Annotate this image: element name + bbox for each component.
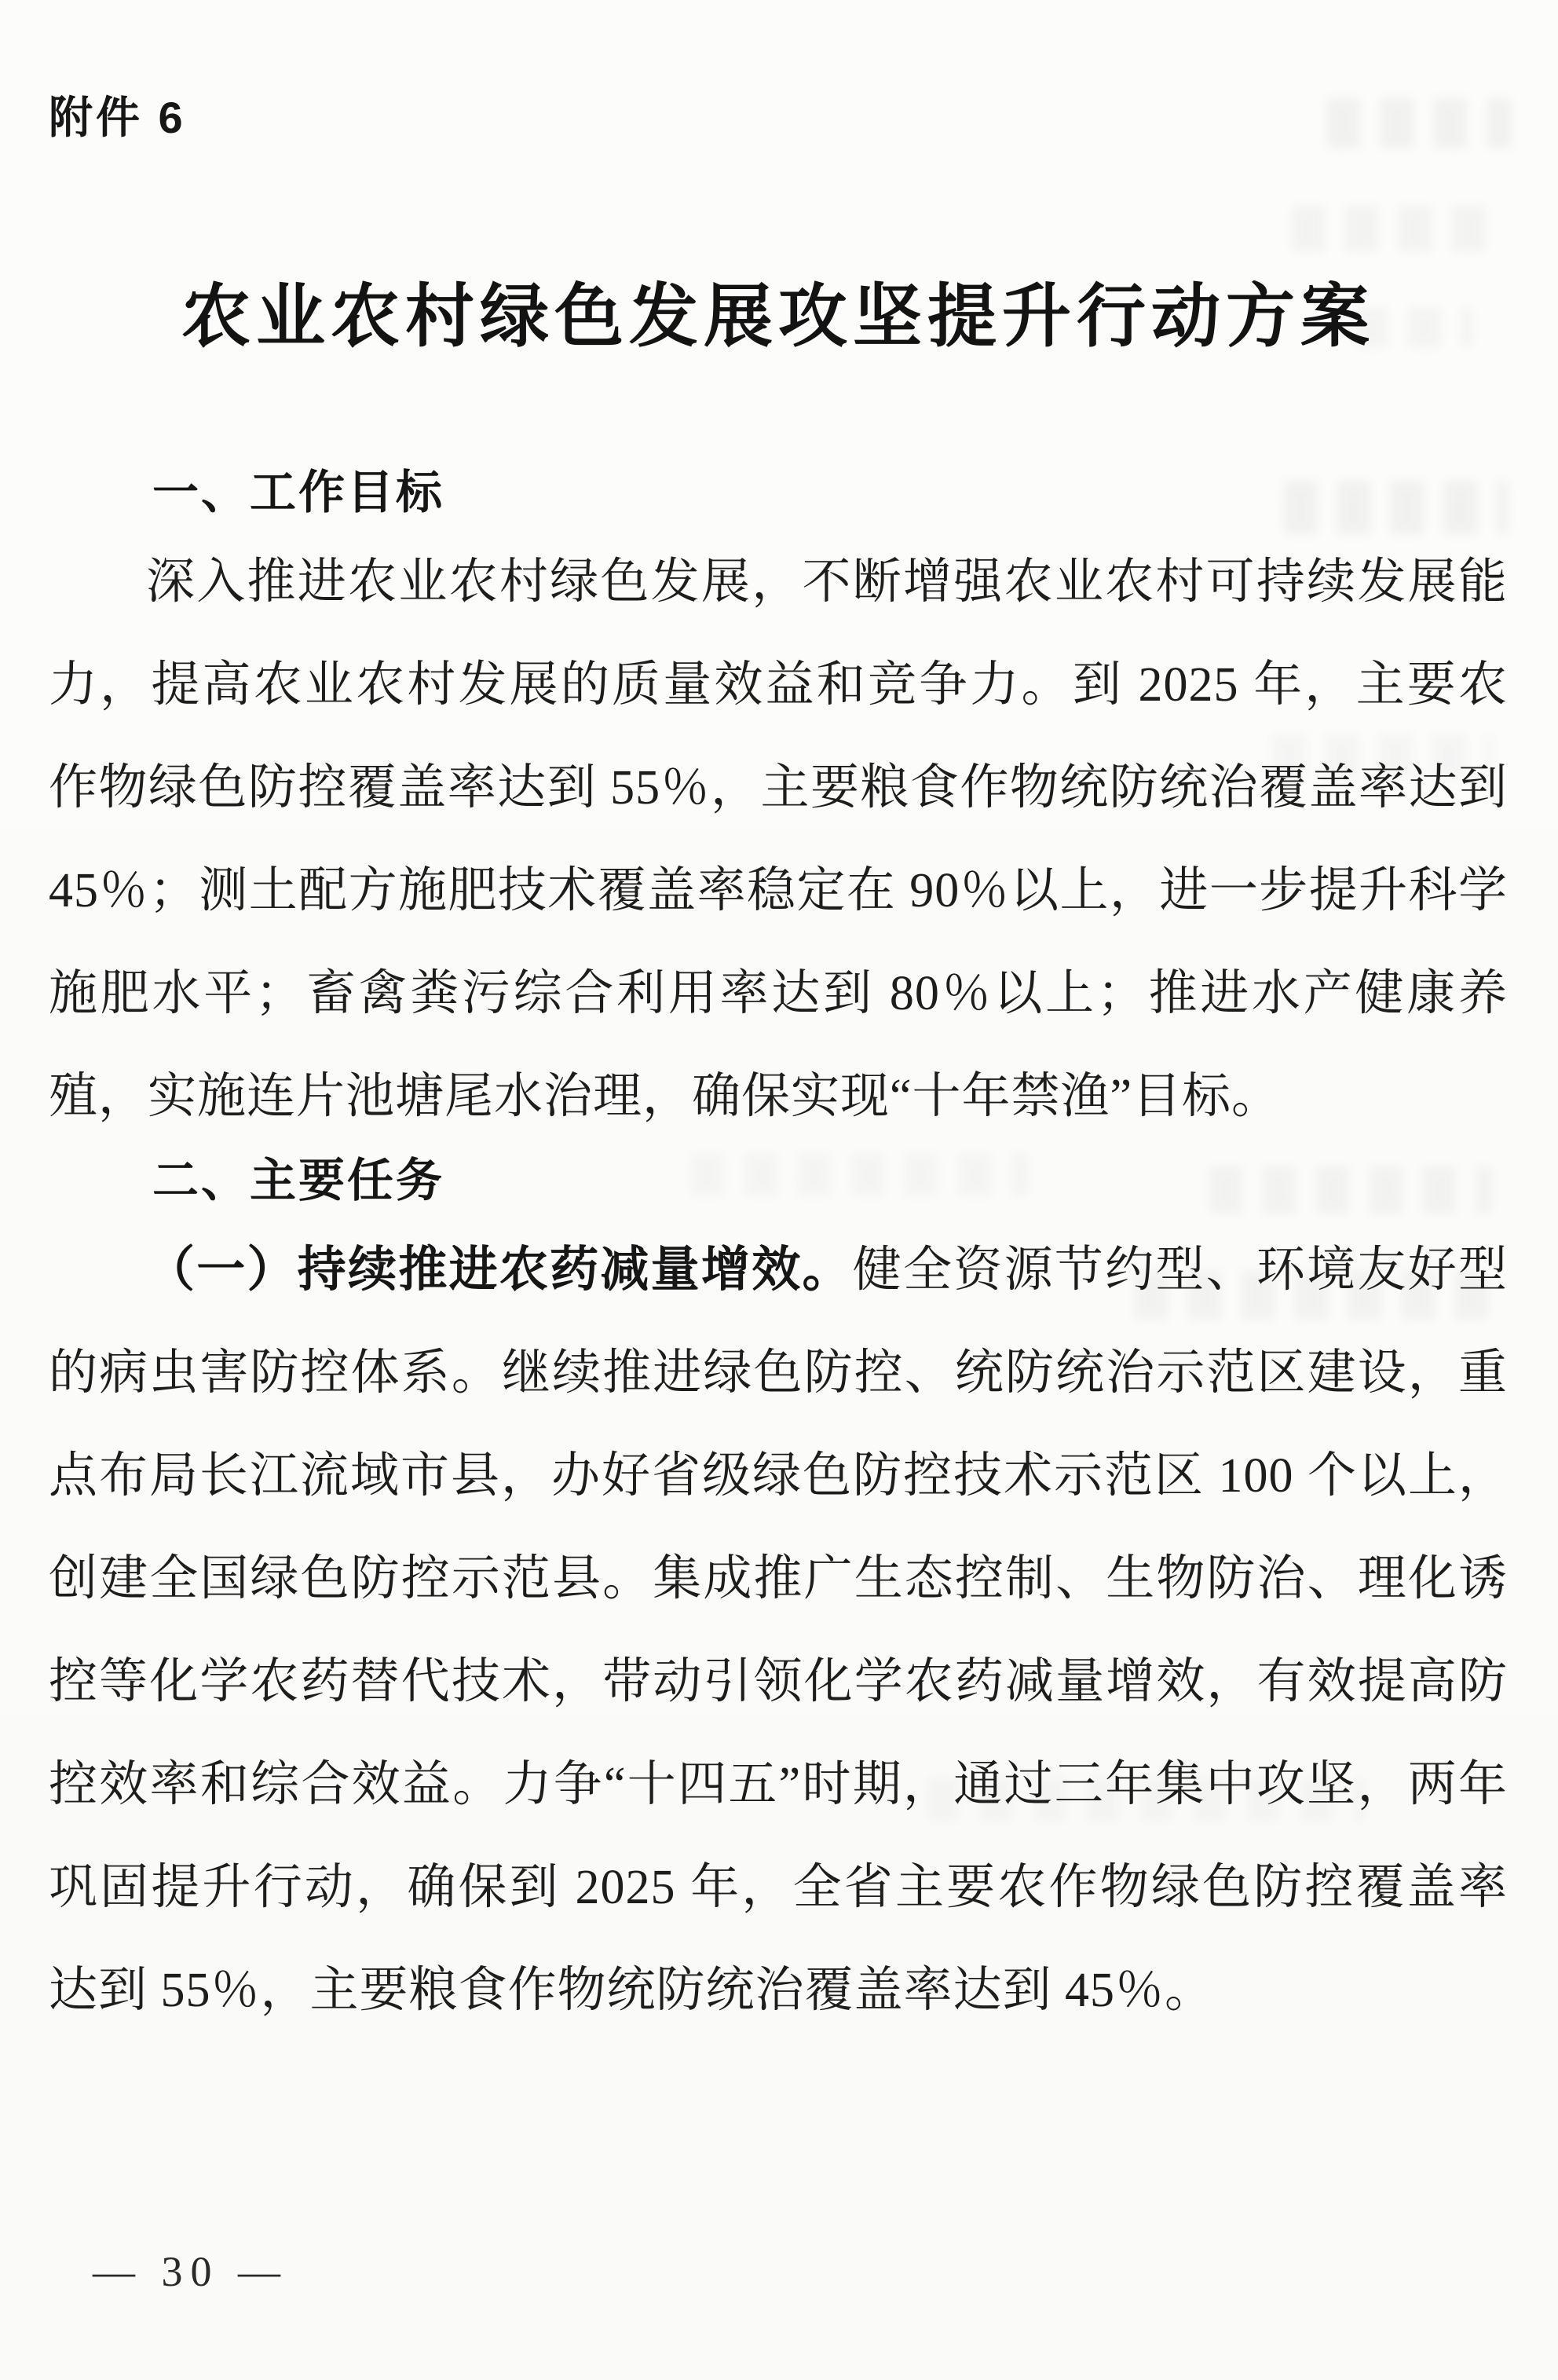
paragraph-lead-in: （一）持续推进农药减量增效。 — [146, 1243, 853, 1297]
section-heading-work-goals: 一、工作目标 — [152, 467, 1508, 518]
body-paragraph: （一）持续推进农药减量增效。健全资源节约型、环境友好型的病虫害防控体系。继续推进… — [49, 1219, 1508, 2042]
paragraph-text: 健全资源节约型、环境友好型的病虫害防控体系。继续推进绿色防控、统防统治示范区建设… — [49, 1243, 1508, 2017]
body-paragraph: 深入推进农业农村绿色发展，不断增强农业农村可持续发展能力，提高农业农村发展的质量… — [49, 531, 1508, 1148]
paragraph-text: 深入推进农业农村绿色发展，不断增强农业农村可持续发展能力，提高农业农村发展的质量… — [49, 555, 1508, 1123]
scanned-document-page: 附件 6 农业农村绿色发展攻坚提升行动方案 一、工作目标 深入推进农业农村绿色发… — [0, 0, 1558, 2380]
section-heading-main-tasks: 二、主要任务 — [152, 1155, 1508, 1206]
document-title: 农业农村绿色发展攻坚提升行动方案 — [49, 278, 1508, 358]
attachment-label: 附件 6 — [49, 93, 1508, 143]
page-number: — 30 — — [93, 2248, 288, 2295]
document-content: 附件 6 农业农村绿色发展攻坚提升行动方案 一、工作目标 深入推进农业农村绿色发… — [0, 0, 1558, 2042]
